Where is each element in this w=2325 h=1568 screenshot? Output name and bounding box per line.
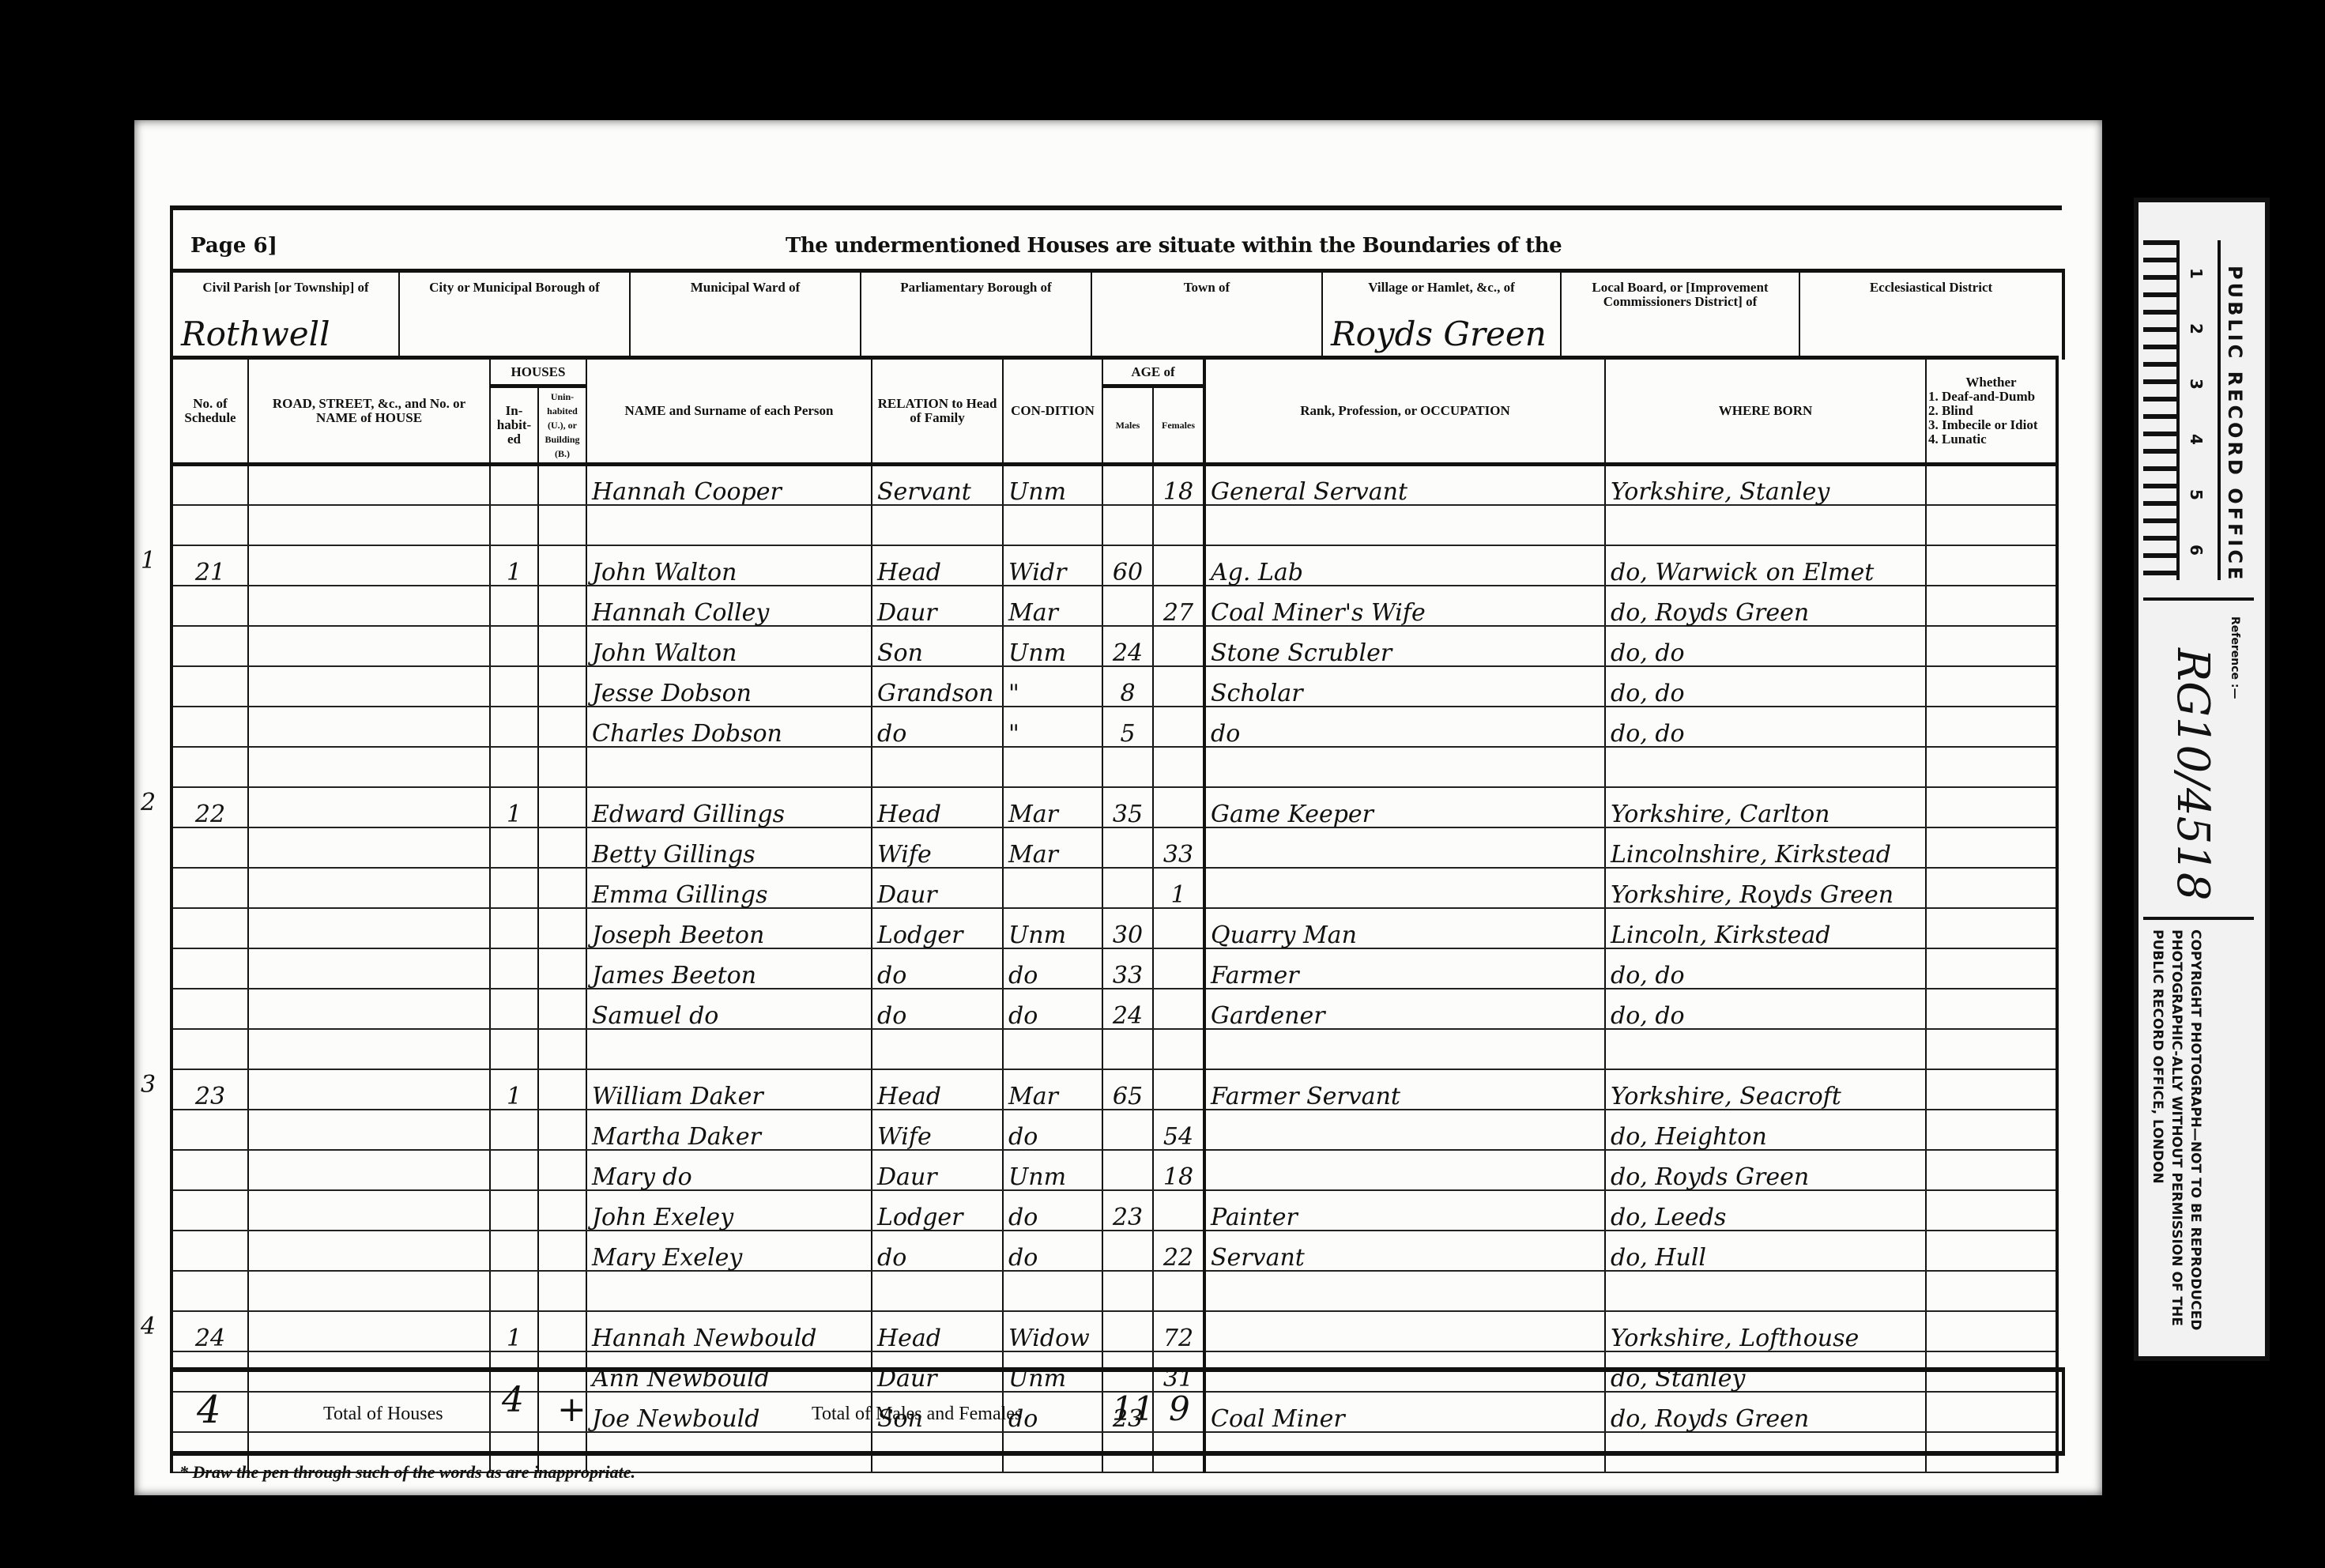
- male-age-cell: [1102, 1029, 1153, 1069]
- col-occupation: Rank, Profession, or OCCUPATION: [1204, 358, 1605, 465]
- name-cell: Charles Dobson: [586, 707, 872, 747]
- disability-cell: [1926, 586, 2057, 626]
- col-name: NAME and Surname of each Person: [586, 358, 872, 465]
- col-females: Females: [1153, 386, 1204, 465]
- name-cell: James Beeton: [586, 948, 872, 989]
- margin-household-count: 2: [141, 789, 156, 816]
- uninhabited-cell: [538, 908, 586, 948]
- total-houses-label: Total of Houses: [323, 1404, 443, 1425]
- boundary-city-borough: City or Municipal Borough of: [400, 273, 631, 360]
- name-cell: [586, 747, 872, 787]
- schedule-cell: 23: [171, 1069, 248, 1110]
- table-row: Martha DakerWifedo54do, Heighton: [171, 1110, 2057, 1150]
- road-cell: [248, 1150, 490, 1190]
- schedule-cell: 21: [171, 545, 248, 586]
- inhabited-cell: 1: [490, 787, 538, 827]
- female-age-cell: [1153, 787, 1204, 827]
- uninhabited-cell: [538, 1190, 586, 1231]
- census-form: Page 6] The undermentioned Houses are si…: [170, 205, 2059, 1454]
- inhabited-cell: [490, 1150, 538, 1190]
- name-cell: Hannah Colley: [586, 586, 872, 626]
- inhabited-cell: [490, 747, 538, 787]
- male-age-cell: [1102, 827, 1153, 868]
- name-cell: Emma Gillings: [586, 868, 872, 908]
- condition-cell: do: [1003, 948, 1102, 989]
- margin-household-count: 1: [141, 547, 156, 575]
- col-road: ROAD, STREET, &c., and No. or NAME of HO…: [248, 358, 490, 465]
- uninhabited-cell: [538, 948, 586, 989]
- condition-cell: Unm: [1003, 626, 1102, 666]
- occupation-cell: [1204, 505, 1605, 545]
- table-row: 221Edward GillingsHeadMar35Game KeeperYo…: [171, 787, 2057, 827]
- condition-cell: do: [1003, 1231, 1102, 1271]
- male-age-cell: [1102, 1231, 1153, 1271]
- inhabited-cell: [490, 827, 538, 868]
- boundary-label: Ecclesiastical District: [1800, 281, 2062, 295]
- inhabited-cell: 1: [490, 1311, 538, 1351]
- name-cell: William Daker: [586, 1069, 872, 1110]
- scale-number: 5: [2187, 489, 2206, 500]
- scale-number: 1: [2187, 268, 2206, 279]
- relation-cell: Wife: [872, 827, 1003, 868]
- male-age-cell: [1102, 747, 1153, 787]
- schedule-cell: [171, 465, 248, 505]
- uninhabited-cell: [538, 1110, 586, 1150]
- name-cell: Betty Gillings: [586, 827, 872, 868]
- occupation-cell: [1204, 1029, 1605, 1069]
- female-age-cell: [1153, 1190, 1204, 1231]
- relation-cell: Son: [872, 626, 1003, 666]
- uninhabited-cell: [538, 1029, 586, 1069]
- condition-cell: Mar: [1003, 586, 1102, 626]
- condition-cell: [1003, 1029, 1102, 1069]
- name-cell: Hannah Cooper: [586, 465, 872, 505]
- disability-cell: [1926, 868, 2057, 908]
- total-inhabited: 4: [502, 1380, 524, 1420]
- table-row: James Beetondodo33Farmerdo, do: [171, 948, 2057, 989]
- disability-cell: [1926, 827, 2057, 868]
- total-schedules: 4: [197, 1388, 221, 1432]
- where-born-cell: do, Royds Green: [1605, 586, 1926, 626]
- relation-cell: Wife: [872, 1110, 1003, 1150]
- col-schedule: No. of Schedule: [171, 358, 248, 465]
- female-age-cell: [1153, 626, 1204, 666]
- boundary-local-board: Local Board, or [Improvement Commissione…: [1562, 273, 1800, 360]
- occupation-cell: [1204, 1110, 1605, 1150]
- total-males: 11: [1112, 1389, 1154, 1428]
- road-cell: [248, 747, 490, 787]
- inhabited-cell: [490, 1029, 538, 1069]
- male-age-cell: [1102, 1150, 1153, 1190]
- table-row: Hannah CooperServantUnm18General Servant…: [171, 465, 2057, 505]
- condition-cell: do: [1003, 1110, 1102, 1150]
- uninhabited-cell: [538, 1271, 586, 1311]
- condition-cell: Widow: [1003, 1311, 1102, 1351]
- male-age-cell: 23: [1102, 1190, 1153, 1231]
- where-born-cell: Yorkshire, Lofthouse: [1605, 1311, 1926, 1351]
- where-born-cell: do, do: [1605, 989, 1926, 1029]
- relation-cell: Daur: [872, 1150, 1003, 1190]
- road-cell: [248, 465, 490, 505]
- male-age-cell: 65: [1102, 1069, 1153, 1110]
- inhabited-cell: [490, 908, 538, 948]
- condition-cell: Mar: [1003, 827, 1102, 868]
- occupation-cell: Gardener: [1204, 989, 1605, 1029]
- boundary-parliamentary-borough: Parliamentary Borough of: [861, 273, 1092, 360]
- boundary-label: Town of: [1092, 281, 1321, 295]
- condition-cell: [1003, 747, 1102, 787]
- disability-cell: [1926, 1271, 2057, 1311]
- disability-cell: [1926, 1150, 2057, 1190]
- road-cell: [248, 989, 490, 1029]
- disability-cell: [1926, 1231, 2057, 1271]
- name-cell: Edward Gillings: [586, 787, 872, 827]
- inhabited-cell: [490, 586, 538, 626]
- occupation-cell: [1204, 1150, 1605, 1190]
- name-cell: John Walton: [586, 545, 872, 586]
- condition-cell: Widr: [1003, 545, 1102, 586]
- condition-cell: ": [1003, 666, 1102, 707]
- schedule-cell: [171, 1271, 248, 1311]
- where-born-cell: do, Heighton: [1605, 1110, 1926, 1150]
- where-born-cell: Yorkshire, Stanley: [1605, 465, 1926, 505]
- where-born-cell: do, do: [1605, 666, 1926, 707]
- male-age-cell: 8: [1102, 666, 1153, 707]
- female-age-cell: [1153, 666, 1204, 707]
- female-age-cell: 72: [1153, 1311, 1204, 1351]
- condition-cell: [1003, 868, 1102, 908]
- condition-cell: ": [1003, 707, 1102, 747]
- table-row: [171, 747, 2057, 787]
- margin-household-count: 3: [141, 1071, 156, 1099]
- reference-box: Reference :— RG10/4518: [2143, 597, 2254, 920]
- copyright-notice: COPYRIGHT PHOTOGRAPH—NOT TO BE REPRODUCE…: [2148, 929, 2205, 1340]
- female-age-cell: [1153, 989, 1204, 1029]
- condition-cell: [1003, 1271, 1102, 1311]
- reference-value: RG10/4518: [2167, 648, 2218, 901]
- schedule-cell: [171, 505, 248, 545]
- female-age-cell: [1153, 545, 1204, 586]
- road-cell: [248, 1190, 490, 1231]
- relation-cell: Daur: [872, 586, 1003, 626]
- road-cell: [248, 787, 490, 827]
- table-row: Mary Exeleydodo22Servantdo, Hull: [171, 1231, 2057, 1271]
- road-cell: [248, 948, 490, 989]
- inhabited-cell: [490, 465, 538, 505]
- margin-household-count: 4: [141, 1313, 156, 1340]
- male-age-cell: [1102, 586, 1153, 626]
- reference-label: Reference :—: [2229, 616, 2241, 699]
- where-born-cell: Lincoln, Kirkstead: [1605, 908, 1926, 948]
- schedule-cell: [171, 989, 248, 1029]
- boundary-row: Civil Parish [or Township] of Rothwell C…: [170, 269, 2065, 360]
- scale-boxes: 1 2 3 4 5 6: [2183, 240, 2221, 580]
- inhabited-cell: 1: [490, 1069, 538, 1110]
- inhabited-cell: 1: [490, 545, 538, 586]
- relation-cell: Head: [872, 1069, 1003, 1110]
- female-age-cell: 1: [1153, 868, 1204, 908]
- where-born-cell: do, Hull: [1605, 1231, 1926, 1271]
- table-row: 241Hannah NewbouldHeadWidow72Yorkshire, …: [171, 1311, 2057, 1351]
- schedule-cell: [171, 1150, 248, 1190]
- total-females: 9: [1169, 1389, 1190, 1428]
- schedule-cell: [171, 1110, 248, 1150]
- disability-option-2: 2. Blind: [1928, 404, 2054, 418]
- col-houses: HOUSES: [490, 358, 586, 386]
- boundary-town: Town of: [1092, 273, 1323, 360]
- boundary-village-hamlet: Village or Hamlet, &c., of Royds Green: [1323, 273, 1562, 360]
- road-cell: [248, 626, 490, 666]
- occupation-cell: do: [1204, 707, 1605, 747]
- male-age-cell: [1102, 505, 1153, 545]
- inhabited-cell: [490, 1231, 538, 1271]
- male-age-cell: 35: [1102, 787, 1153, 827]
- male-age-cell: 30: [1102, 908, 1153, 948]
- disability-cell: [1926, 747, 2057, 787]
- schedule-cell: [171, 1190, 248, 1231]
- name-cell: [586, 505, 872, 545]
- col-age: AGE of: [1102, 358, 1204, 386]
- female-age-cell: 18: [1153, 1150, 1204, 1190]
- schedule-cell: 22: [171, 787, 248, 827]
- relation-cell: [872, 1029, 1003, 1069]
- col-inhabited: In-habit-ed: [490, 386, 538, 465]
- schedule-cell: [171, 948, 248, 989]
- page-number: Page 6]: [190, 234, 277, 258]
- road-cell: [248, 586, 490, 626]
- occupation-cell: [1204, 1271, 1605, 1311]
- condition-cell: [1003, 505, 1102, 545]
- disability-cell: [1926, 545, 2057, 586]
- disability-cell: [1926, 1311, 2057, 1351]
- where-born-cell: Yorkshire, Carlton: [1605, 787, 1926, 827]
- inhabited-cell: [490, 666, 538, 707]
- boundary-label: Civil Parish [or Township] of: [173, 281, 398, 295]
- disability-cell: [1926, 626, 2057, 666]
- female-age-cell: [1153, 1069, 1204, 1110]
- name-cell: John Exeley: [586, 1190, 872, 1231]
- occupation-cell: Painter: [1204, 1190, 1605, 1231]
- condition-cell: do: [1003, 1190, 1102, 1231]
- name-cell: Martha Daker: [586, 1110, 872, 1150]
- relation-cell: do: [872, 989, 1003, 1029]
- male-age-cell: 5: [1102, 707, 1153, 747]
- occupation-cell: Farmer: [1204, 948, 1605, 989]
- male-age-cell: 24: [1102, 626, 1153, 666]
- disability-cell: [1926, 1110, 2057, 1150]
- male-age-cell: [1102, 1311, 1153, 1351]
- disability-cell: [1926, 908, 2057, 948]
- scale-number: 6: [2187, 545, 2206, 556]
- road-cell: [248, 707, 490, 747]
- schedule-cell: [171, 908, 248, 948]
- disability-cell: [1926, 1029, 2057, 1069]
- where-born-cell: Yorkshire, Royds Green: [1605, 868, 1926, 908]
- disability-option-3: 3. Imbecile or Idiot: [1928, 418, 2054, 432]
- female-age-cell: [1153, 1029, 1204, 1069]
- occupation-cell: Servant: [1204, 1231, 1605, 1271]
- condition-cell: Unm: [1003, 908, 1102, 948]
- female-age-cell: [1153, 707, 1204, 747]
- table-row: [171, 505, 2057, 545]
- table-row: 211John WaltonHeadWidr60Ag. Labdo, Warwi…: [171, 545, 2057, 586]
- where-born-cell: [1605, 1271, 1926, 1311]
- name-cell: John Walton: [586, 626, 872, 666]
- census-body: Hannah CooperServantUnm18General Servant…: [171, 465, 2057, 1472]
- inhabited-cell: [490, 1110, 538, 1150]
- col-where-born: WHERE BORN: [1605, 358, 1926, 465]
- boundary-municipal-ward: Municipal Ward of: [631, 273, 861, 360]
- condition-cell: do: [1003, 989, 1102, 1029]
- disability-heading: Whether: [1928, 375, 2054, 390]
- disability-cell: [1926, 1190, 2057, 1231]
- male-age-cell: 24: [1102, 989, 1153, 1029]
- uninhabited-cell: [538, 626, 586, 666]
- uninhabited-cell: [538, 1069, 586, 1110]
- inhabited-cell: [490, 1190, 538, 1231]
- male-age-cell: 33: [1102, 948, 1153, 989]
- condition-cell: Unm: [1003, 1150, 1102, 1190]
- archive-reference-strip: 1 2 3 4 5 6 PUBLIC RECORD OFFICE Referen…: [2134, 198, 2270, 1361]
- name-cell: Mary Exeley: [586, 1231, 872, 1271]
- relation-cell: Lodger: [872, 908, 1003, 948]
- condition-cell: Mar: [1003, 1069, 1102, 1110]
- relation-cell: [872, 1271, 1003, 1311]
- disability-cell: [1926, 948, 2057, 989]
- female-age-cell: [1153, 908, 1204, 948]
- relation-cell: Grandson: [872, 666, 1003, 707]
- table-row: 231William DakerHeadMar65Farmer ServantY…: [171, 1069, 2057, 1110]
- uninhabited-cell: [538, 868, 586, 908]
- inhabited-cell: [490, 989, 538, 1029]
- female-age-cell: 27: [1153, 586, 1204, 626]
- uninhabited-cell: [538, 505, 586, 545]
- where-born-cell: do, do: [1605, 626, 1926, 666]
- table-row: Samuel dododo24Gardenerdo, do: [171, 989, 2057, 1029]
- boundary-value: Royds Green: [1331, 315, 1547, 353]
- col-disability: Whether 1. Deaf-and-Dumb 2. Blind 3. Imb…: [1926, 358, 2057, 465]
- inhabited-cell: [490, 707, 538, 747]
- road-cell: [248, 1271, 490, 1311]
- female-age-cell: [1153, 747, 1204, 787]
- table-row: Mary doDaurUnm18do, Royds Green: [171, 1150, 2057, 1190]
- female-age-cell: [1153, 948, 1204, 989]
- occupation-cell: [1204, 868, 1605, 908]
- where-born-cell: [1605, 747, 1926, 787]
- col-relation: RELATION to Head of Family: [872, 358, 1003, 465]
- boundary-ecclesiastical-district: Ecclesiastical District: [1800, 273, 2062, 360]
- boundary-label: City or Municipal Borough of: [400, 281, 629, 295]
- table-row: John WaltonSonUnm24Stone Scrublerdo, do: [171, 626, 2057, 666]
- disability-cell: [1926, 707, 2057, 747]
- male-age-cell: [1102, 1271, 1153, 1311]
- schedule-cell: [171, 1029, 248, 1069]
- scale-number: 4: [2187, 434, 2206, 445]
- boundary-label: Parliamentary Borough of: [861, 281, 1091, 295]
- occupation-cell: [1204, 747, 1605, 787]
- disability-cell: [1926, 989, 2057, 1029]
- relation-cell: [872, 505, 1003, 545]
- schedule-cell: [171, 827, 248, 868]
- occupation-cell: [1204, 827, 1605, 868]
- schedule-cell: [171, 626, 248, 666]
- table-row: Hannah ColleyDaurMar27Coal Miner's Wifed…: [171, 586, 2057, 626]
- relation-cell: Lodger: [872, 1190, 1003, 1231]
- schedule-cell: [171, 747, 248, 787]
- condition-cell: Unm: [1003, 465, 1102, 505]
- relation-cell: Head: [872, 545, 1003, 586]
- female-age-cell: 18: [1153, 465, 1204, 505]
- road-cell: [248, 908, 490, 948]
- schedule-cell: [171, 666, 248, 707]
- uninhabited-cell: [538, 1231, 586, 1271]
- road-cell: [248, 1231, 490, 1271]
- scale-number: 3: [2187, 379, 2206, 390]
- relation-cell: Servant: [872, 465, 1003, 505]
- archive-title: PUBLIC RECORD OFFICE: [2224, 266, 2246, 582]
- disability-option-1: 1. Deaf-and-Dumb: [1928, 390, 2054, 404]
- occupation-cell: Scholar: [1204, 666, 1605, 707]
- ruler-scale: [2143, 240, 2180, 580]
- female-age-cell: 22: [1153, 1231, 1204, 1271]
- occupation-cell: Farmer Servant: [1204, 1069, 1605, 1110]
- uninhabited-cell: [538, 747, 586, 787]
- road-cell: [248, 1029, 490, 1069]
- relation-cell: do: [872, 948, 1003, 989]
- total-uninhabited: +: [557, 1389, 586, 1430]
- table-row: John ExeleyLodgerdo23Painterdo, Leeds: [171, 1190, 2057, 1231]
- census-table: No. of Schedule ROAD, STREET, &c., and N…: [170, 356, 2059, 1473]
- where-born-cell: do, Leeds: [1605, 1190, 1926, 1231]
- col-males: Males: [1102, 386, 1153, 465]
- totals-row: 4 Total of Houses 4 + Total of Males and…: [170, 1367, 2065, 1456]
- where-born-cell: do, Royds Green: [1605, 1150, 1926, 1190]
- relation-cell: do: [872, 1231, 1003, 1271]
- disability-cell: [1926, 505, 2057, 545]
- where-born-cell: Lincolnshire, Kirkstead: [1605, 827, 1926, 868]
- female-age-cell: [1153, 505, 1204, 545]
- occupation-cell: Quarry Man: [1204, 908, 1605, 948]
- male-age-cell: [1102, 868, 1153, 908]
- where-born-cell: [1605, 505, 1926, 545]
- female-age-cell: 54: [1153, 1110, 1204, 1150]
- inhabited-cell: [490, 1271, 538, 1311]
- uninhabited-cell: [538, 1311, 586, 1351]
- total-males-females-label: Total of Males and Females: [812, 1404, 1022, 1425]
- uninhabited-cell: [538, 465, 586, 505]
- disability-cell: [1926, 787, 2057, 827]
- name-cell: Hannah Newbould: [586, 1311, 872, 1351]
- uninhabited-cell: [538, 586, 586, 626]
- schedule-cell: [171, 707, 248, 747]
- relation-cell: Daur: [872, 868, 1003, 908]
- name-cell: Jesse Dobson: [586, 666, 872, 707]
- table-row: [171, 1271, 2057, 1311]
- col-condition: CON-DITION: [1003, 358, 1102, 465]
- disability-cell: [1926, 666, 2057, 707]
- female-age-cell: [1153, 1271, 1204, 1311]
- schedule-cell: [171, 1231, 248, 1271]
- occupation-cell: Game Keeper: [1204, 787, 1605, 827]
- table-row: Emma GillingsDaur1Yorkshire, Royds Green: [171, 868, 2057, 908]
- col-uninhabited: Unin-habited (U.), or Building (B.): [538, 386, 586, 465]
- schedule-cell: 24: [171, 1311, 248, 1351]
- where-born-cell: do, Warwick on Elmet: [1605, 545, 1926, 586]
- male-age-cell: [1102, 465, 1153, 505]
- relation-cell: Head: [872, 1311, 1003, 1351]
- inhabited-cell: [490, 505, 538, 545]
- road-cell: [248, 1069, 490, 1110]
